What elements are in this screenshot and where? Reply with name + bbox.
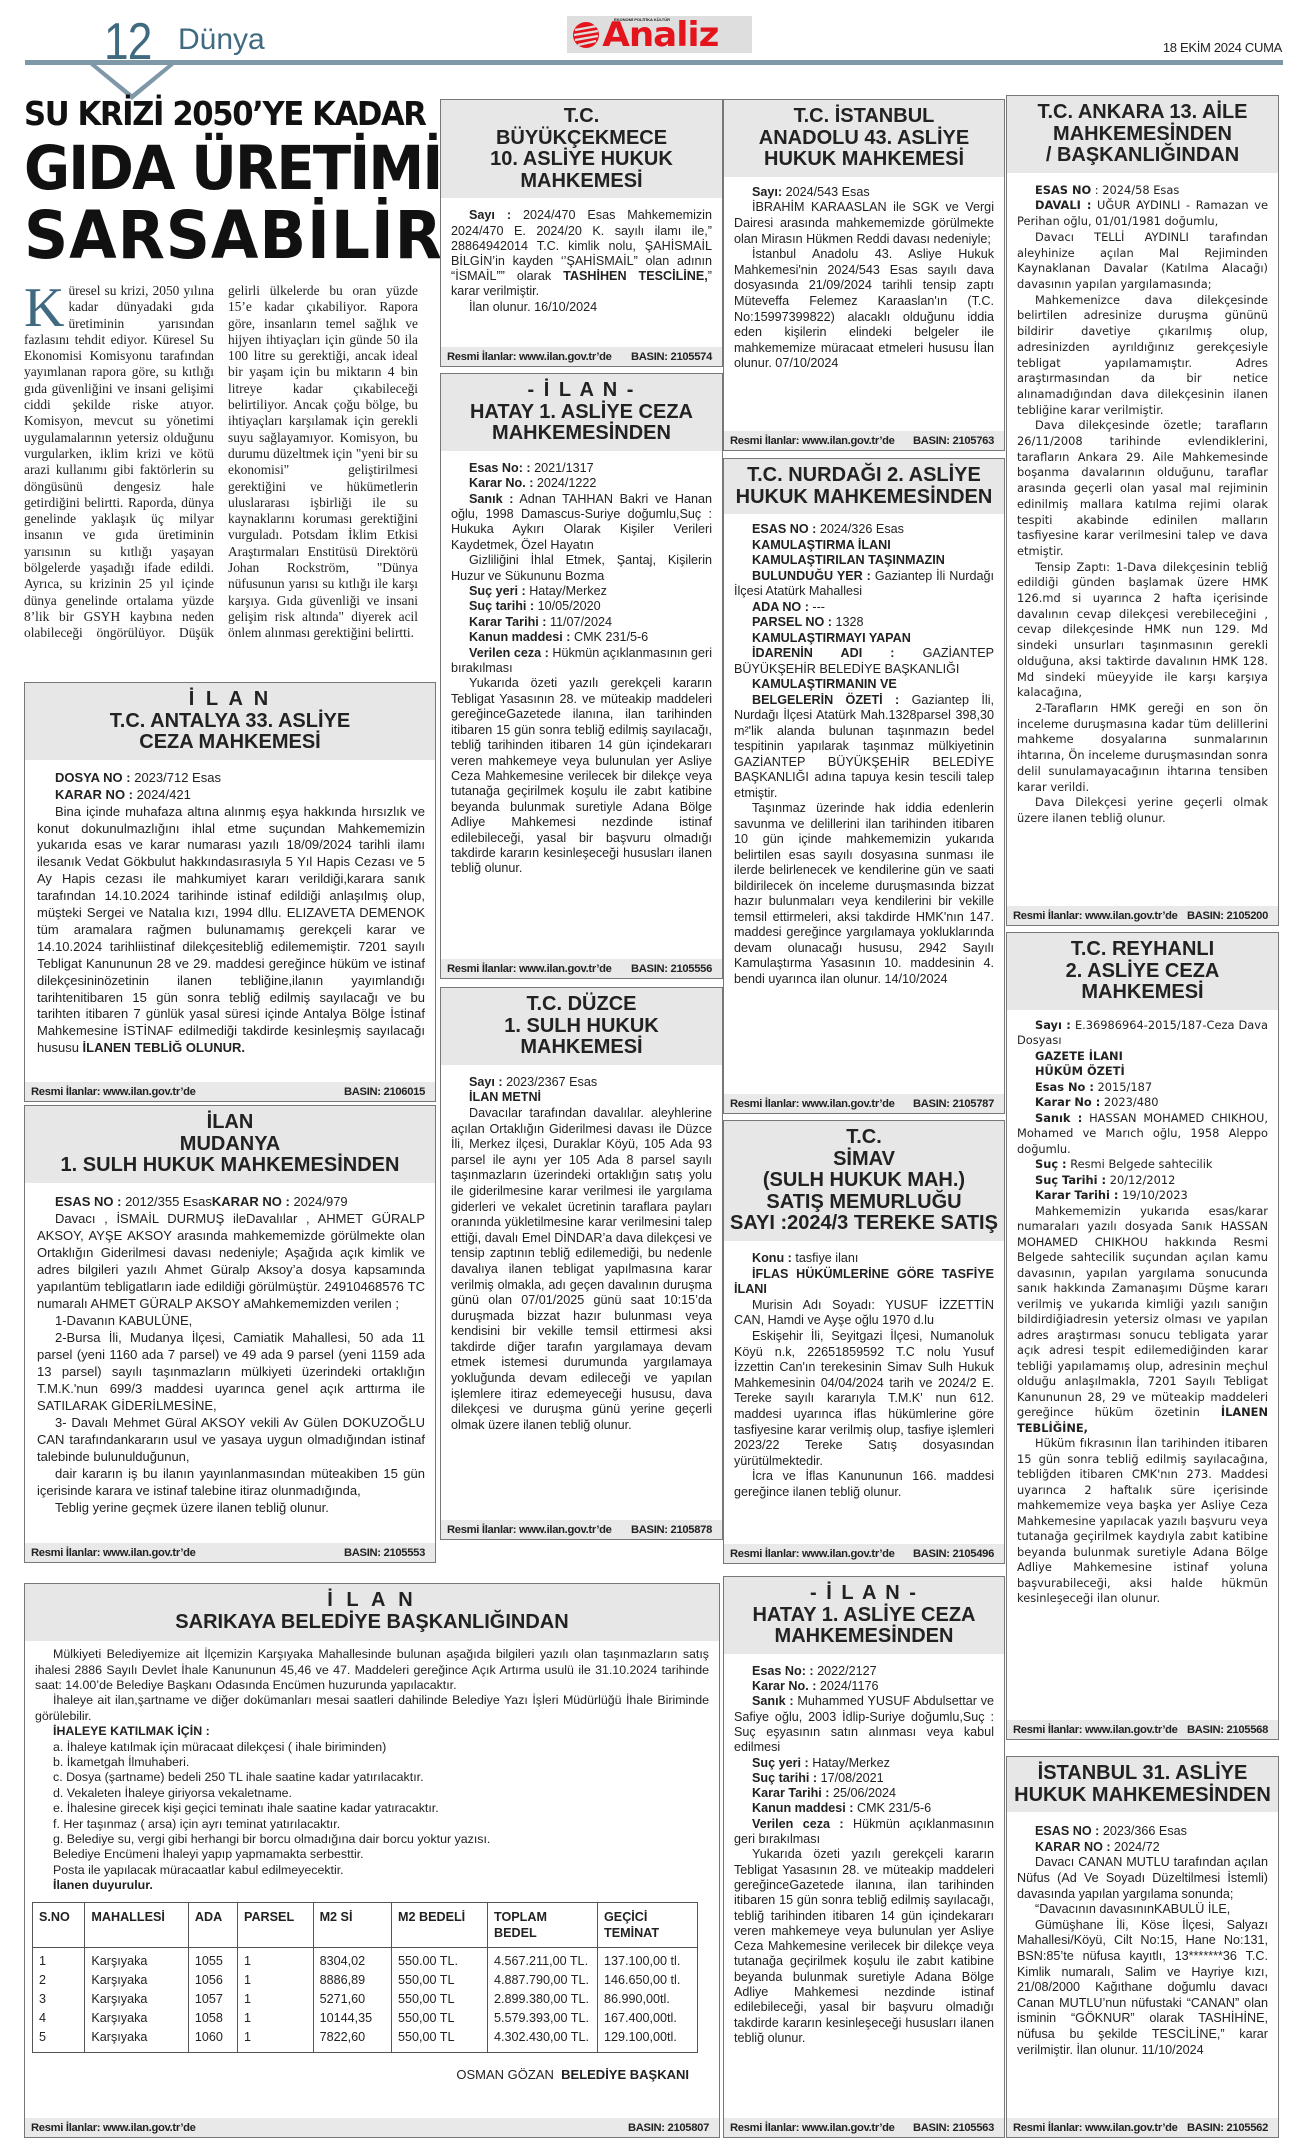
globe-logo-icon bbox=[567, 16, 605, 53]
ad-paragraph: İBRAHİM KARAASLAN ile SGK ve Vergi Daire… bbox=[734, 200, 994, 247]
field-label: KAMULAŞTIRMA İLANI bbox=[752, 538, 891, 552]
table-cell: 4.887.790,00 TL. bbox=[488, 1971, 598, 1990]
table-cell: 1 bbox=[33, 1947, 85, 1971]
table-cell: 550.00 TL. bbox=[391, 1947, 487, 1971]
col-parsel: PARSEL bbox=[237, 1902, 313, 1947]
field-value: 2024/72 bbox=[1111, 1840, 1160, 1854]
field-label: Kanun maddesi : bbox=[752, 1801, 853, 1815]
ad-title-line: T.C. bbox=[730, 1127, 998, 1149]
ad-paragraph: Mülkiyeti Belediyemize ait İlçemizin Kar… bbox=[35, 1647, 709, 1693]
ad-field: Sayı : 2023/2367 Esas bbox=[451, 1075, 712, 1091]
ilan-link[interactable]: Resmi İlanlar: www.ilan.gov.tr’de bbox=[730, 435, 895, 447]
ad-title-line: MAHKEMESİ bbox=[447, 1037, 716, 1059]
ad-title-line: 1. SULH HUKUK MAHKEMESİNDEN bbox=[31, 1155, 429, 1177]
table-cell: 2 bbox=[33, 1971, 85, 1990]
table-cell: 86.990,00tl. bbox=[598, 1990, 698, 2009]
ad-paragraph: Davacılar tarafından davalılar. aleyhler… bbox=[451, 1106, 712, 1433]
ad-paragraph: Bina içinde muhafaza altına alınmış eşya… bbox=[37, 804, 425, 1058]
ilan-link[interactable]: Resmi İlanlar: www.ilan.gov.tr’de bbox=[1013, 910, 1178, 922]
ad-title: T.C. DÜZCE 1. SULH HUKUK MAHKEMESİ bbox=[441, 988, 722, 1065]
ad-field: KAMULAŞTIRMANIN VE bbox=[734, 677, 994, 693]
field-label: Konu : bbox=[752, 1251, 792, 1265]
ad-istanbul-31: İSTANBUL 31. ASLİYE HUKUK MAHKEMESİNDEN … bbox=[1006, 1756, 1279, 2138]
field-label: Sayı: bbox=[752, 185, 782, 199]
ad-field: Sayı: 2024/543 Esas bbox=[734, 185, 994, 201]
field-value: 2023/2367 Esas bbox=[503, 1075, 598, 1089]
ad-field: KAMULAŞTIRMA İLANI bbox=[734, 538, 994, 554]
ad-body: Sayı : 2024/470 Esas Mahkememizin 2024/4… bbox=[441, 198, 722, 318]
ad-paragraph: Murisin Adı Soyadı: YUSUF İZZETTİN CAN, … bbox=[734, 1298, 994, 1329]
ad-body: Esas No: : 2021/1317 Karar No. : 2024/12… bbox=[441, 451, 722, 881]
closing-text: İlanen duyurulur. bbox=[53, 1878, 153, 1892]
newspaper-logo[interactable]: EKONOMİ POLİTİKA KÜLTÜR Analiz bbox=[567, 16, 752, 53]
ad-field: ADA NO : --- bbox=[734, 600, 994, 616]
ad-paragraph: “Davacının davasınınKABULÜ İLE, bbox=[1017, 1902, 1268, 1918]
issue-date: 18 EKİM 2024 CUMA bbox=[1163, 40, 1282, 55]
ad-footer: Resmi İlanlar: www.ilan.gov.tr’deBASIN: … bbox=[1007, 1720, 1278, 1739]
ad-field: Karar Tarihi : 25/06/2024 bbox=[734, 1786, 994, 1801]
ad-paragraph: Teblig yerine geçmek üzere ilanen tebliğ… bbox=[37, 1499, 425, 1516]
ad-paragraph: 3- Davalı Mehmet Güral AKSOY vekili Av G… bbox=[37, 1414, 425, 1465]
ad-paragraph: İcra ve İflas Kanununun 166. maddesi ger… bbox=[734, 1469, 994, 1500]
field-label: Sanık : bbox=[752, 1694, 794, 1708]
table-row: 5Karşıyaka106017822,60550,00 TL4.302.430… bbox=[33, 2028, 698, 2053]
field-value: tasfiye ilanı bbox=[792, 1251, 859, 1265]
ilan-link[interactable]: Resmi İlanlar: www.ilan.gov.tr’de bbox=[1013, 2122, 1178, 2134]
ad-field: Sayı : E.36986964-2015/187-Ceza Dava Dos… bbox=[1017, 1018, 1268, 1049]
table-cell: 3 bbox=[33, 1990, 85, 2009]
table-cell: 4.567.211,00 TL. bbox=[488, 1947, 598, 1971]
table-cell: 137.100,00 tl. bbox=[598, 1947, 698, 1971]
table-cell: 1058 bbox=[188, 2009, 237, 2028]
ad-title-line: T.C. REYHANLI bbox=[1013, 939, 1272, 961]
ad-title-line: T.C. ANTALYA 33. ASLİYE bbox=[31, 711, 429, 733]
ad-field: Verilen ceza : Hükmün açıklanmasının ger… bbox=[734, 1817, 994, 1848]
requirement-item: Belediye Encümeni İhaleyi yapıp yapmamak… bbox=[35, 1847, 709, 1862]
ad-body: ESAS NO : 2024/58 Esas DAVALI : UĞUR AYD… bbox=[1007, 173, 1278, 831]
headline-line-3: SARSABİLİR bbox=[24, 203, 389, 269]
ad-title: T.C. İSTANBUL ANADOLU 43. ASLİYE HUKUK M… bbox=[724, 100, 1004, 177]
ad-title-line: İ L A N bbox=[31, 1590, 713, 1612]
ad-footer: Resmi İlanlar: www.ilan.gov.tr’deBASIN: … bbox=[1007, 2118, 1278, 2137]
table-cell: 5 bbox=[33, 2028, 85, 2053]
ad-field: ESAS NO : 2024/58 Esas bbox=[1017, 183, 1268, 199]
field-value: 2024/979 bbox=[290, 1194, 348, 1209]
table-cell: 146.650,00 tl. bbox=[598, 1971, 698, 1990]
table-cell: 4 bbox=[33, 2009, 85, 2028]
requirement-item: d. Vekaleten İhaleye giriyorsa vekaletna… bbox=[35, 1786, 709, 1801]
ad-title-line: T.C. NURDAĞI 2. ASLİYE bbox=[730, 465, 998, 487]
ad-body: Sayı : E.36986964-2015/187-Ceza Dava Dos… bbox=[1007, 1010, 1278, 1611]
ad-title-line: İLAN bbox=[31, 1112, 429, 1134]
ad-title-line: SARIKAYA BELEDİYE BAŞKANLIĞINDAN bbox=[31, 1612, 713, 1634]
field-value: 2024/421 bbox=[133, 787, 191, 802]
table-cell: 1060 bbox=[188, 2028, 237, 2053]
basin-number: BASIN: 2105878 bbox=[631, 1524, 716, 1536]
ad-field: ESAS NO : 2023/366 Esas bbox=[1017, 1824, 1268, 1840]
page-header: 12 Dünya EKONOMİ POLİTİKA KÜLTÜR Analiz … bbox=[0, 0, 1300, 90]
field-label: Sanık : bbox=[1035, 1111, 1082, 1125]
ilan-link[interactable]: Resmi İlanlar: www.ilan.gov.tr’de bbox=[31, 2122, 196, 2134]
ad-field: Esas No : 2015/187 bbox=[1017, 1080, 1268, 1096]
ad-field: Esas No: : 2022/2127 bbox=[734, 1664, 994, 1679]
table-cell: 550,00 TL bbox=[391, 1971, 487, 1990]
table-cell: 10144,35 bbox=[313, 2009, 391, 2028]
ad-text: Bina içinde muhafaza altına alınmış eşya… bbox=[37, 804, 425, 1056]
table-cell: 1055 bbox=[188, 1947, 237, 1971]
ad-title: T.C. SİMAV (SULH HUKUK MAH.) SATIŞ MEMUR… bbox=[724, 1121, 1004, 1241]
ad-field: KARAR NO : 2024/72 bbox=[1017, 1840, 1268, 1856]
ad-title-line: SATIŞ MEMURLUĞU bbox=[730, 1192, 998, 1214]
ad-title: T.C. REYHANLI 2. ASLİYE CEZA MAHKEMESİ bbox=[1007, 933, 1278, 1010]
requirements-title: İHALEYE KATILMAK İÇİN : bbox=[35, 1724, 709, 1739]
ilan-link[interactable]: Resmi İlanlar: www.ilan.gov.tr’de bbox=[730, 1098, 895, 1110]
ad-paragraph: Tensip Zaptı: 1-Dava dilekçesinin tebliğ… bbox=[1017, 560, 1268, 701]
ad-title-line: MAHKEMESİNDEN bbox=[447, 423, 716, 445]
ad-body: Sayı : 2023/2367 Esas İLAN METNİ Davacıl… bbox=[441, 1065, 722, 1438]
ad-field: Konu : tasfiye ilanı bbox=[734, 1251, 994, 1267]
field-value: 11/07/2024 bbox=[546, 615, 612, 629]
table-cell: Karşıyaka bbox=[85, 2009, 188, 2028]
table-cell: 1 bbox=[237, 1990, 313, 2009]
ad-field: Kanun maddesi : CMK 231/5-6 bbox=[734, 1801, 994, 1816]
ad-field: DOSYA NO : 2023/712 Esas bbox=[37, 770, 425, 787]
requirement-item: e. İhalesine girecek kişi geçici teminat… bbox=[35, 1801, 709, 1816]
table-row: 3Karşıyaka105715271,60550,00 TL2.899.380… bbox=[33, 1990, 698, 2009]
table-cell: 550,00 TL bbox=[391, 2009, 487, 2028]
field-label: İHALEYE KATILMAK İÇİN : bbox=[53, 1724, 210, 1738]
closing-line: İlanen duyurulur. bbox=[35, 1878, 709, 1893]
ad-paragraph: Taşınmaz üzerinde hak iddia edenlerin sa… bbox=[734, 801, 994, 987]
table-row: 1Karşıyaka105518304,02550.00 TL.4.567.21… bbox=[33, 1947, 698, 1971]
ad-footer: Resmi İlanlar: www.ilan.gov.tr’deBASIN: … bbox=[724, 1094, 1004, 1113]
col-gecici-teminat: GEÇİCİ TEMİNAT bbox=[598, 1902, 698, 1947]
table-cell: 1056 bbox=[188, 1971, 237, 1990]
ad-paragraph: Mahkememizin yukarıda esas/karar numaral… bbox=[1017, 1204, 1268, 1437]
field-label: ADA NO : bbox=[752, 600, 809, 614]
table-row: 2Karşıyaka105618886,89550,00 TL4.887.790… bbox=[33, 1971, 698, 1990]
article-body: Küresel su krizi, 2050 yılına kadar düny… bbox=[24, 283, 418, 642]
basin-number: BASIN: 2106015 bbox=[344, 1086, 429, 1098]
field-value: CMK 231/5-6 bbox=[570, 630, 648, 644]
table-cell: 550,00 TL bbox=[391, 2028, 487, 2053]
ad-field: Suç : Resmi Belgede sahtecilik bbox=[1017, 1157, 1268, 1173]
ad-duzce: T.C. DÜZCE 1. SULH HUKUK MAHKEMESİ Sayı … bbox=[440, 987, 723, 1540]
ad-hatay-2: - İ L A N - HATAY 1. ASLİYE CEZA MAHKEME… bbox=[723, 1576, 1005, 2138]
field-value: 2023/366 Esas bbox=[1099, 1824, 1187, 1838]
ad-title-line: SAYI :2024/3 TEREKE SATIŞ bbox=[730, 1213, 998, 1235]
field-label: Sayı : bbox=[469, 1075, 503, 1089]
ad-title-line: MAHKEMESİNDEN bbox=[730, 1626, 998, 1648]
ad-title-line: T.C. ANKARA 13. AİLE bbox=[1013, 102, 1272, 124]
ad-paragraph: İlan olunur. 16/10/2024 bbox=[451, 300, 712, 315]
headline-line-2: GIDA ÜRETİMİNİ bbox=[24, 138, 385, 199]
field-label: GAZETE İLANI bbox=[1035, 1049, 1123, 1063]
field-label: DOSYA NO : bbox=[55, 770, 131, 785]
header-rule bbox=[25, 60, 1283, 65]
ad-footer: Resmi İlanlar: www.ilan.gov.tr’deBASIN: … bbox=[25, 2118, 719, 2137]
basin-number: BASIN: 2105787 bbox=[913, 1098, 998, 1110]
ad-field: ESAS NO : 2024/326 Esas bbox=[734, 522, 994, 538]
field-label: DAVALI : bbox=[1035, 198, 1091, 212]
requirement-item: g. Belediye su, vergi gibi herhangi bir … bbox=[35, 1832, 709, 1847]
ad-field: Sanık : Muhammed YUSUF Abdulsettar ve Sa… bbox=[734, 1694, 994, 1755]
field-label: Karar Tarihi : bbox=[469, 615, 546, 629]
table-cell: Karşıyaka bbox=[85, 2028, 188, 2053]
headline-line-1: SU KRİZİ 2050’YE KADAR bbox=[24, 97, 389, 130]
basin-number: BASIN: 2105200 bbox=[1187, 910, 1272, 922]
ad-title-line: T.C. İSTANBUL bbox=[730, 106, 998, 128]
field-label: Suç tarihi : bbox=[469, 599, 534, 613]
field-label: Suç yeri : bbox=[752, 1756, 809, 1770]
logo-text: Analiz bbox=[602, 17, 718, 53]
ad-field: Esas No: : 2021/1317 bbox=[451, 461, 712, 476]
ad-hatay-1: - İ L A N - HATAY 1. ASLİYE CEZA MAHKEME… bbox=[440, 373, 723, 979]
signer-name: OSMAN GÖZAN bbox=[456, 2067, 554, 2082]
ad-title: İ L A N SARIKAYA BELEDİYE BAŞKANLIĞINDAN bbox=[25, 1584, 719, 1641]
ad-paragraph: Davacı TELLİ AYDINLI tarafından aleyhini… bbox=[1017, 230, 1268, 293]
signature: OSMAN GÖZAN BELEDİYE BAŞKANI bbox=[25, 2067, 689, 2082]
ad-paragraph: Dava Dilekçesi yerine geçerli olmak üzer… bbox=[1017, 795, 1268, 826]
basin-number: BASIN: 2105568 bbox=[1187, 1724, 1272, 1736]
requirement-item: f. Her taşınmaz ( arsa) için ayrı temina… bbox=[35, 1817, 709, 1832]
ad-title-line: ANADOLU 43. ASLİYE bbox=[730, 128, 998, 150]
field-label: KAMULAŞTIRMANIN VE bbox=[752, 677, 897, 691]
field-value: : 2024/58 Esas bbox=[1091, 183, 1179, 197]
ad-body: ESAS NO : 2023/366 Esas KARAR NO : 2024/… bbox=[1007, 1812, 1278, 2062]
field-label: İLAN METNİ bbox=[469, 1090, 541, 1104]
ad-paragraph: İhaleye ait ilan,şartname ve diğer doküm… bbox=[35, 1693, 709, 1724]
ad-paragraph: Dava dilekçesinde özetle; tarafların 26/… bbox=[1017, 418, 1268, 559]
ad-title-line: HUKUK MAHKEMESİ bbox=[730, 149, 998, 171]
ad-field: PARSEL NO : 1328 bbox=[734, 615, 994, 631]
ad-field: İDARENİN ADI : GAZİANTEP BÜYÜKŞEHİR BELE… bbox=[734, 646, 994, 677]
ilan-link[interactable]: Resmi İlanlar: www.ilan.gov.tr’de bbox=[447, 963, 612, 975]
ad-field: ESAS NO : 2012/355 EsasKARAR NO : 2024/9… bbox=[37, 1193, 425, 1210]
ad-title-line: MAHKEMESİ bbox=[1013, 982, 1272, 1004]
field-label: BULUNDUĞU YER : bbox=[752, 569, 871, 583]
field-value: 2012/355 Esas bbox=[121, 1194, 211, 1209]
table-cell: 1 bbox=[237, 1947, 313, 1971]
field-value: Resmi Belgede sahtecilik bbox=[1067, 1157, 1213, 1171]
col-mahallesi: MAHALLESİ bbox=[85, 1902, 188, 1947]
ad-title-line: 10. ASLİYE HUKUK bbox=[447, 149, 716, 171]
ad-paragraph: Hüküm fıkrasının İlan tarihinden itibare… bbox=[1017, 1436, 1268, 1607]
field-value: 17/08/2021 bbox=[817, 1771, 884, 1785]
field-value: 2021/1317 bbox=[531, 461, 594, 475]
ilan-link[interactable]: Resmi İlanlar: www.ilan.gov.tr’de bbox=[730, 2122, 895, 2134]
ad-field: Sanık : Adnan TAHHAN Bakri ve Hanan oğlu… bbox=[451, 492, 712, 554]
ad-field: KARAR NO : 2024/421 bbox=[37, 787, 425, 804]
ad-field: HÜKÜM ÖZETİ bbox=[1017, 1064, 1268, 1080]
ad-title: T.C. BÜYÜKÇEKMECE 10. ASLİYE HUKUK MAHKE… bbox=[441, 100, 722, 198]
ad-field: Suç tarihi : 17/08/2021 bbox=[734, 1771, 994, 1786]
ad-paragraph: Sayı : 2024/470 Esas Mahkememizin 2024/4… bbox=[451, 208, 712, 299]
field-label: ESAS NO bbox=[1035, 183, 1091, 197]
field-value: 2024/543 Esas bbox=[782, 185, 870, 199]
ilan-link[interactable]: Resmi İlanlar: www.ilan.gov.tr’de bbox=[31, 1547, 196, 1559]
ad-field: DAVALI : UĞUR AYDINLI - Ramazan ve Perih… bbox=[1017, 198, 1268, 229]
basin-number: BASIN: 2105763 bbox=[913, 435, 998, 447]
basin-number: BASIN: 2105496 bbox=[913, 1548, 998, 1560]
ad-antalya: İ L A N T.C. ANTALYA 33. ASLİYE CEZA MAH… bbox=[24, 682, 436, 1102]
basin-number: BASIN: 2105553 bbox=[344, 1547, 429, 1559]
ad-paragraph: 2-Tarafların HMK gereği en son ön incele… bbox=[1017, 701, 1268, 795]
field-label: ESAS NO : bbox=[55, 1194, 121, 1209]
requirement-item: b. İkametgah İlmuhaberi. bbox=[35, 1755, 709, 1770]
field-value: 2015/187 bbox=[1094, 1080, 1152, 1094]
section-title: Dünya bbox=[178, 22, 265, 58]
ad-paragraph: Yukarıda özeti yazılı gerekçeli kararın … bbox=[734, 1847, 994, 2046]
ad-title: T.C. NURDAĞI 2. ASLİYE HUKUK MAHKEMESİND… bbox=[724, 459, 1004, 514]
table-cell: 550,00 TL bbox=[391, 1990, 487, 2009]
ad-title: - İ L A N - HATAY 1. ASLİYE CEZA MAHKEME… bbox=[441, 374, 722, 451]
ad-body: Sayı: 2024/543 Esas İBRAHİM KARAASLAN il… bbox=[724, 177, 1004, 376]
ad-title-line: - İ L A N - bbox=[730, 1583, 998, 1605]
ad-text-bold: TASHİHEN TESCİLİNE, bbox=[563, 269, 708, 283]
table-cell: 1 bbox=[237, 2009, 313, 2028]
ad-title-line: / BAŞKANLIĞINDAN bbox=[1013, 145, 1272, 167]
ilan-link[interactable]: Resmi İlanlar: www.ilan.gov.tr’de bbox=[31, 1086, 196, 1098]
ad-field: BULUNDUĞU YER : Gaziantep İli Nurdağı İl… bbox=[734, 569, 994, 600]
ad-title-line: İSTANBUL 31. ASLİYE bbox=[1013, 1763, 1272, 1785]
field-label: Sanık : bbox=[469, 492, 513, 506]
ad-sarikaya: İ L A N SARIKAYA BELEDİYE BAŞKANLIĞINDAN… bbox=[24, 1583, 720, 2138]
field-label: Suç yeri : bbox=[469, 584, 526, 598]
col-sno: S.NO bbox=[33, 1902, 85, 1947]
table-cell: 1 bbox=[237, 1971, 313, 1990]
requirement-item: c. Dosya (şartname) bedeli 250 TL ihale … bbox=[35, 1770, 709, 1785]
ad-field: GAZETE İLANI bbox=[1017, 1049, 1268, 1065]
ad-field: İFLAS HÜKÜMLERİNE GÖRE TASFİYE İLANI bbox=[734, 1267, 994, 1298]
ad-nurdagi: T.C. NURDAĞI 2. ASLİYE HUKUK MAHKEMESİND… bbox=[723, 458, 1005, 1114]
ad-footer: Resmi İlanlar: www.ilan.gov.tr’deBASIN: … bbox=[25, 1543, 435, 1562]
ad-field: Karar No. : 2024/1176 bbox=[734, 1679, 994, 1694]
ad-paragraph: İstanbul Anadolu 43. Asliye Hukuk Mahkem… bbox=[734, 247, 994, 372]
table-row: 4Karşıyaka1058110144,35550,00 TL5.579.39… bbox=[33, 2009, 698, 2028]
ad-paragraph: Davacı , İSMAİL DURMUŞ ileDavalılar , AH… bbox=[37, 1210, 425, 1312]
ad-title-line: MAHKEMESİNDEN bbox=[1013, 124, 1272, 146]
field-label: Verilen ceza : bbox=[469, 646, 549, 660]
ad-field: Sanık : HASSAN MOHAMED CHIKHOU, Mohamed … bbox=[1017, 1111, 1268, 1158]
dropcap: K bbox=[24, 285, 64, 331]
ad-title-line: İ L A N bbox=[31, 689, 429, 711]
ad-field: Karar No : 2023/480 bbox=[1017, 1095, 1268, 1111]
article-text: üresel su krizi, 2050 yılına kadar dünya… bbox=[24, 283, 418, 640]
ad-istanbul-anadolu-43: T.C. İSTANBUL ANADOLU 43. ASLİYE HUKUK M… bbox=[723, 99, 1005, 451]
table-cell: 7822,60 bbox=[313, 2028, 391, 2053]
field-label: HÜKÜM ÖZETİ bbox=[1035, 1064, 1125, 1078]
ad-title: İ L A N T.C. ANTALYA 33. ASLİYE CEZA MAH… bbox=[25, 683, 435, 760]
table-cell: 2.899.380,00 TL. bbox=[488, 1990, 598, 2009]
field-label: Karar No. : bbox=[469, 476, 533, 490]
table-cell: Karşıyaka bbox=[85, 1947, 188, 1971]
ad-field: KAMULAŞTIRMAYI YAPAN bbox=[734, 631, 994, 647]
field-label: KARAR NO : bbox=[55, 787, 133, 802]
ad-text: Mahkememizin yukarıda esas/karar numaral… bbox=[1017, 1204, 1268, 1420]
ad-body: ESAS NO : 2012/355 EsasKARAR NO : 2024/9… bbox=[25, 1183, 435, 1516]
ad-field: Kanun maddesi : CMK 231/5-6 bbox=[451, 630, 712, 645]
field-label: Esas No: : bbox=[752, 1664, 814, 1678]
ad-field: BELGELERİN ÖZETİ : Gaziantep İli, Nurdağ… bbox=[734, 693, 994, 802]
ad-paragraph: Gizliliğini İhlal Etmek, Şantaj, Kişiler… bbox=[451, 553, 712, 584]
article-headline: SU KRİZİ 2050’YE KADAR GIDA ÜRETİMİNİ SA… bbox=[24, 97, 416, 269]
field-value: 1328 bbox=[832, 615, 864, 629]
col-m2: M2 Sİ bbox=[313, 1902, 391, 1947]
field-label: İDARENİN ADI : bbox=[752, 646, 895, 660]
field-value: 10/05/2020 bbox=[534, 599, 601, 613]
ilan-link[interactable]: Resmi İlanlar: www.ilan.gov.tr’de bbox=[447, 351, 612, 363]
ad-title-line: BÜYÜKÇEKMECE bbox=[447, 128, 716, 150]
field-label: PARSEL NO : bbox=[752, 615, 832, 629]
ad-paragraph: 2-Bursa İli, Mudanya İlçesi, Camiatik Ma… bbox=[37, 1329, 425, 1414]
ad-reyhanli: T.C. REYHANLI 2. ASLİYE CEZA MAHKEMESİ S… bbox=[1006, 932, 1279, 1740]
ad-field: Verilen ceza : Hükmün açıklanmasının ger… bbox=[451, 646, 712, 677]
basin-number: BASIN: 2105574 bbox=[631, 351, 716, 363]
ad-title-line: (SULH HUKUK MAH.) bbox=[730, 1170, 998, 1192]
ad-body: Konu : tasfiye ilanı İFLAS HÜKÜMLERİNE G… bbox=[724, 1241, 1004, 1505]
ad-footer: Resmi İlanlar: www.ilan.gov.tr’deBASIN: … bbox=[724, 2118, 1004, 2137]
ad-footer: Resmi İlanlar: www.ilan.gov.tr’deBASIN: … bbox=[441, 959, 722, 978]
ilan-link[interactable]: Resmi İlanlar: www.ilan.gov.tr’de bbox=[1013, 1724, 1178, 1736]
field-value: CMK 231/5-6 bbox=[853, 1801, 931, 1815]
field-label: Esas No: : bbox=[469, 461, 531, 475]
field-label: ESAS NO : bbox=[1035, 1824, 1099, 1838]
table-cell: 5271,60 bbox=[313, 1990, 391, 2009]
ilan-link[interactable]: Resmi İlanlar: www.ilan.gov.tr’de bbox=[730, 1548, 895, 1560]
field-label: Suç : bbox=[1035, 1157, 1067, 1171]
field-label: Karar No : bbox=[1035, 1095, 1100, 1109]
field-label: Verilen ceza : bbox=[752, 1817, 844, 1831]
table-header-row: S.NO MAHALLESİ ADA PARSEL M2 Sİ M2 BEDEL… bbox=[33, 1902, 698, 1947]
table-cell: 1057 bbox=[188, 1990, 237, 2009]
field-value: 2024/1222 bbox=[533, 476, 596, 490]
table-cell: 8886,89 bbox=[313, 1971, 391, 1990]
col-ada: ADA bbox=[188, 1902, 237, 1947]
ad-title-line: MAHKEMESİ bbox=[447, 171, 716, 193]
field-label: ESAS NO : bbox=[752, 522, 816, 536]
field-label: KARAR NO : bbox=[212, 1194, 290, 1209]
field-label: BELGELERİN ÖZETİ : bbox=[752, 693, 899, 707]
basin-number: BASIN: 2105556 bbox=[631, 963, 716, 975]
field-value: 19/10/2023 bbox=[1118, 1188, 1187, 1202]
signer-title: BELEDİYE BAŞKANI bbox=[561, 2067, 689, 2082]
ad-ankara-13-aile: T.C. ANKARA 13. AİLE MAHKEMESİNDEN / BAŞ… bbox=[1006, 95, 1279, 926]
field-label: Suç tarihi : bbox=[752, 1771, 817, 1785]
ad-paragraph: Davacı CANAN MUTLU tarafından açılan Nüf… bbox=[1017, 1855, 1268, 1902]
ilan-link[interactable]: Resmi İlanlar: www.ilan.gov.tr’de bbox=[447, 1524, 612, 1536]
ad-paragraph: Gümüşhane İli, Köse İlçesi, Salyazı Maha… bbox=[1017, 1918, 1268, 2058]
ad-field: Suç tarihi : 10/05/2020 bbox=[451, 599, 712, 614]
ad-paragraph: Eskişehir İli, Seyitgazi İlçesi, Numanol… bbox=[734, 1329, 994, 1469]
ad-title-line: 2. ASLİYE CEZA bbox=[1013, 961, 1272, 983]
field-value: 20/12/2012 bbox=[1106, 1173, 1175, 1187]
field-label: Karar No. : bbox=[752, 1679, 816, 1693]
field-label: Esas No : bbox=[1035, 1080, 1094, 1094]
ad-footer: Resmi İlanlar: www.ilan.gov.tr’deBASIN: … bbox=[25, 1082, 435, 1101]
ad-body: ESAS NO : 2024/326 Esas KAMULAŞTIRMA İLA… bbox=[724, 514, 1004, 991]
ad-text-bold: İLANEN TEBLİĞ OLUNUR. bbox=[83, 1040, 246, 1055]
ad-title-line: HATAY 1. ASLİYE CEZA bbox=[447, 402, 716, 424]
field-label: Karar Tarihi : bbox=[752, 1786, 829, 1800]
requirement-item: a. İhaleye katılmak için müracaat dilekç… bbox=[35, 1740, 709, 1755]
field-value: Hatay/Merkez bbox=[809, 1756, 890, 1770]
ad-title-line: CEZA MAHKEMESİ bbox=[31, 732, 429, 754]
ad-title-line: HATAY 1. ASLİYE CEZA bbox=[730, 1605, 998, 1627]
field-value: --- bbox=[809, 600, 825, 614]
ad-title: İLAN MUDANYA 1. SULH HUKUK MAHKEMESİNDEN bbox=[25, 1106, 435, 1183]
page-number: 12 bbox=[104, 18, 151, 66]
